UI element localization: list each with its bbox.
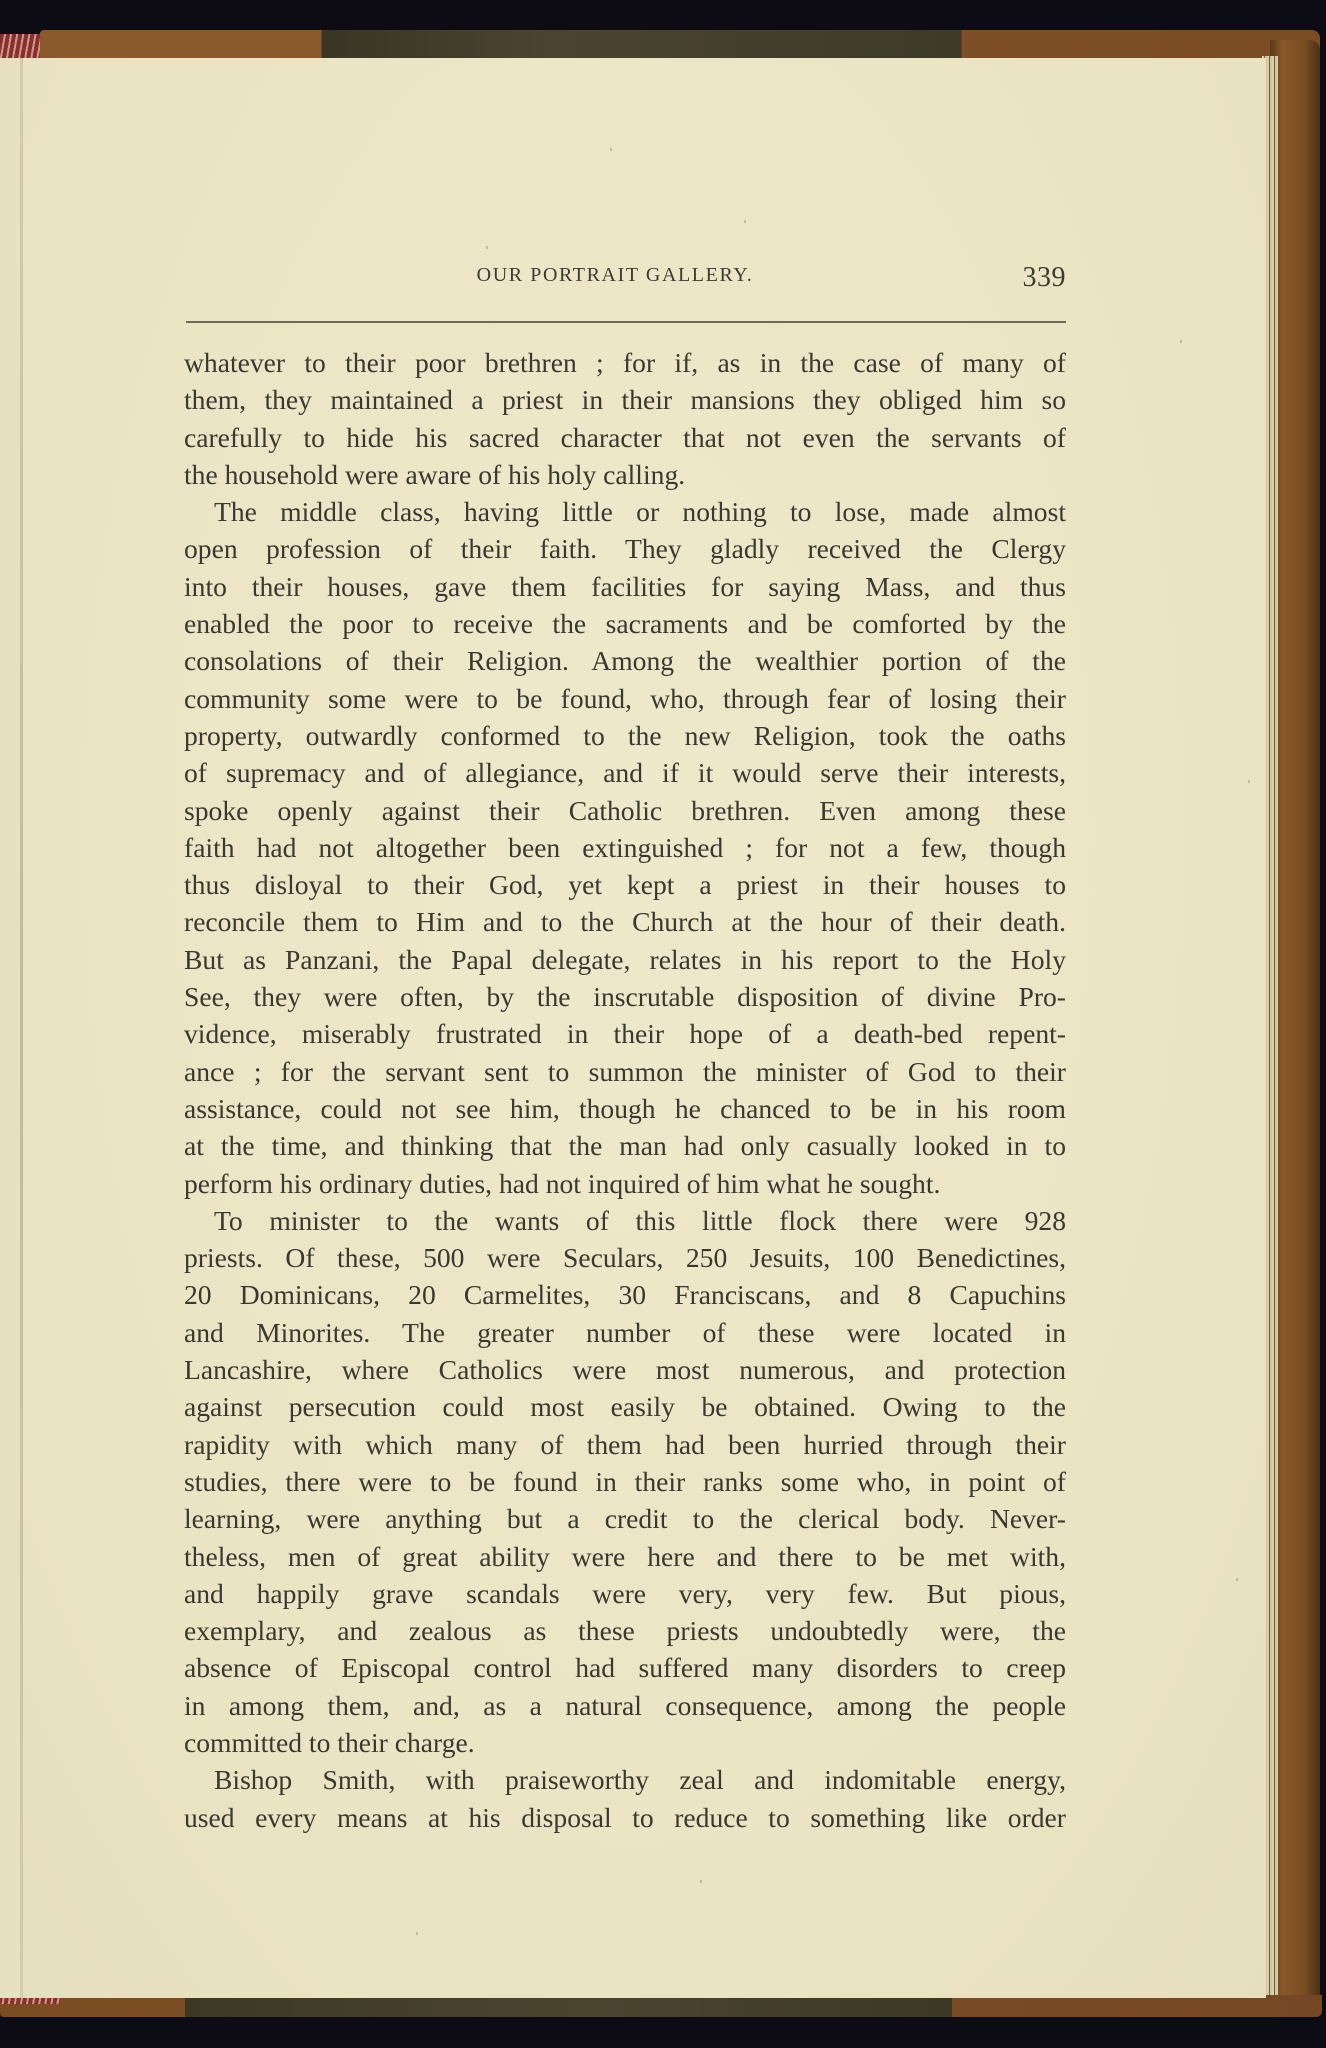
text-line: faith had not altogether been extinguish… [184, 829, 1066, 866]
text-line: vidence, miserably frustrated in their h… [184, 1015, 1066, 1052]
text-line: in among them, and, as a natural consequ… [184, 1687, 1066, 1724]
text-line: Bishop Smith, with praiseworthy zeal and… [184, 1761, 1066, 1798]
text-line: absence of Episcopal control had suffere… [184, 1649, 1066, 1686]
text-line: But as Panzani, the Papal delegate, rela… [184, 941, 1066, 978]
text-line: whatever to their poor brethren ; for if… [184, 344, 1066, 381]
text-line: community some were to be found, who, th… [184, 680, 1066, 717]
text-line: exemplary, and zealous as these priests … [184, 1612, 1066, 1649]
text-line: against persecution could most easily be… [184, 1388, 1066, 1425]
text-line: open profession of their faith. They gla… [184, 530, 1066, 567]
header-rule [186, 321, 1066, 323]
text-line: learning, were anything but a credit to … [184, 1500, 1066, 1537]
text-line: thus disloyal to their God, yet kept a p… [184, 866, 1066, 903]
text-line: of supremacy and of allegiance, and if i… [184, 754, 1066, 791]
paragraph: Bishop Smith, with praiseworthy zeal and… [184, 1761, 1066, 1836]
text-line: The middle class, having little or nothi… [184, 493, 1066, 530]
text-line: theless, men of great ability were here … [184, 1538, 1066, 1575]
text-line: committed to their charge. [184, 1724, 1066, 1761]
text-line: reconcile them to Him and to the Church … [184, 903, 1066, 940]
text-line: Lancashire, where Catholics were most nu… [184, 1351, 1066, 1388]
text-line: them, they maintained a priest in their … [184, 381, 1066, 418]
text-line: ance ; for the servant sent to summon th… [184, 1053, 1066, 1090]
text-line: 20 Dominicans, 20 Carmelites, 30 Francis… [184, 1276, 1066, 1313]
text-line: and Minorites. The greater number of the… [184, 1314, 1066, 1351]
paragraph: To minister to the wants of this little … [184, 1202, 1066, 1761]
text-line: and happily grave scandals were very, ve… [184, 1575, 1066, 1612]
text-line: perform his ordinary duties, had not inq… [184, 1165, 1066, 1202]
text-line: rapidity with which many of them had bee… [184, 1426, 1066, 1463]
paragraph: The middle class, having little or nothi… [184, 493, 1066, 1202]
running-header: OUR PORTRAIT GALLERY. 339 [184, 262, 1066, 298]
paragraph: whatever to their poor brethren ; for if… [184, 344, 1066, 493]
text-line: carefully to hide his sacred character t… [184, 419, 1066, 456]
page-number: 339 [1023, 262, 1067, 294]
text-line: assistance, could not see him, though he… [184, 1090, 1066, 1127]
body-text: whatever to their poor brethren ; for if… [184, 344, 1066, 1836]
text-line: To minister to the wants of this little … [184, 1202, 1066, 1239]
text-line: priests. Of these, 500 were Seculars, 25… [184, 1239, 1066, 1276]
text-line: the household were aware of his holy cal… [184, 456, 1066, 493]
text-line: spoke openly against their Catholic bret… [184, 792, 1066, 829]
text-line: studies, there were to be found in their… [184, 1463, 1066, 1500]
text-line: enabled the poor to receive the sacramen… [184, 605, 1066, 642]
facing-page-edge [0, 58, 20, 1998]
text-line: property, outwardly conformed to the new… [184, 717, 1066, 754]
running-head-title: OUR PORTRAIT GALLERY. [184, 264, 1066, 287]
text-line: used every means at his disposal to redu… [184, 1799, 1066, 1836]
book-cover-bottom-edge [0, 1995, 1322, 2017]
text-line: into their houses, gave them facilities … [184, 568, 1066, 605]
text-line: at the time, and thinking that the man h… [184, 1127, 1066, 1164]
spine-headband [0, 34, 40, 60]
text-line: consolations of their Religion. Among th… [184, 642, 1066, 679]
gutter-crease [20, 58, 23, 1998]
text-line: See, they were often, by the inscrutable… [184, 978, 1066, 1015]
